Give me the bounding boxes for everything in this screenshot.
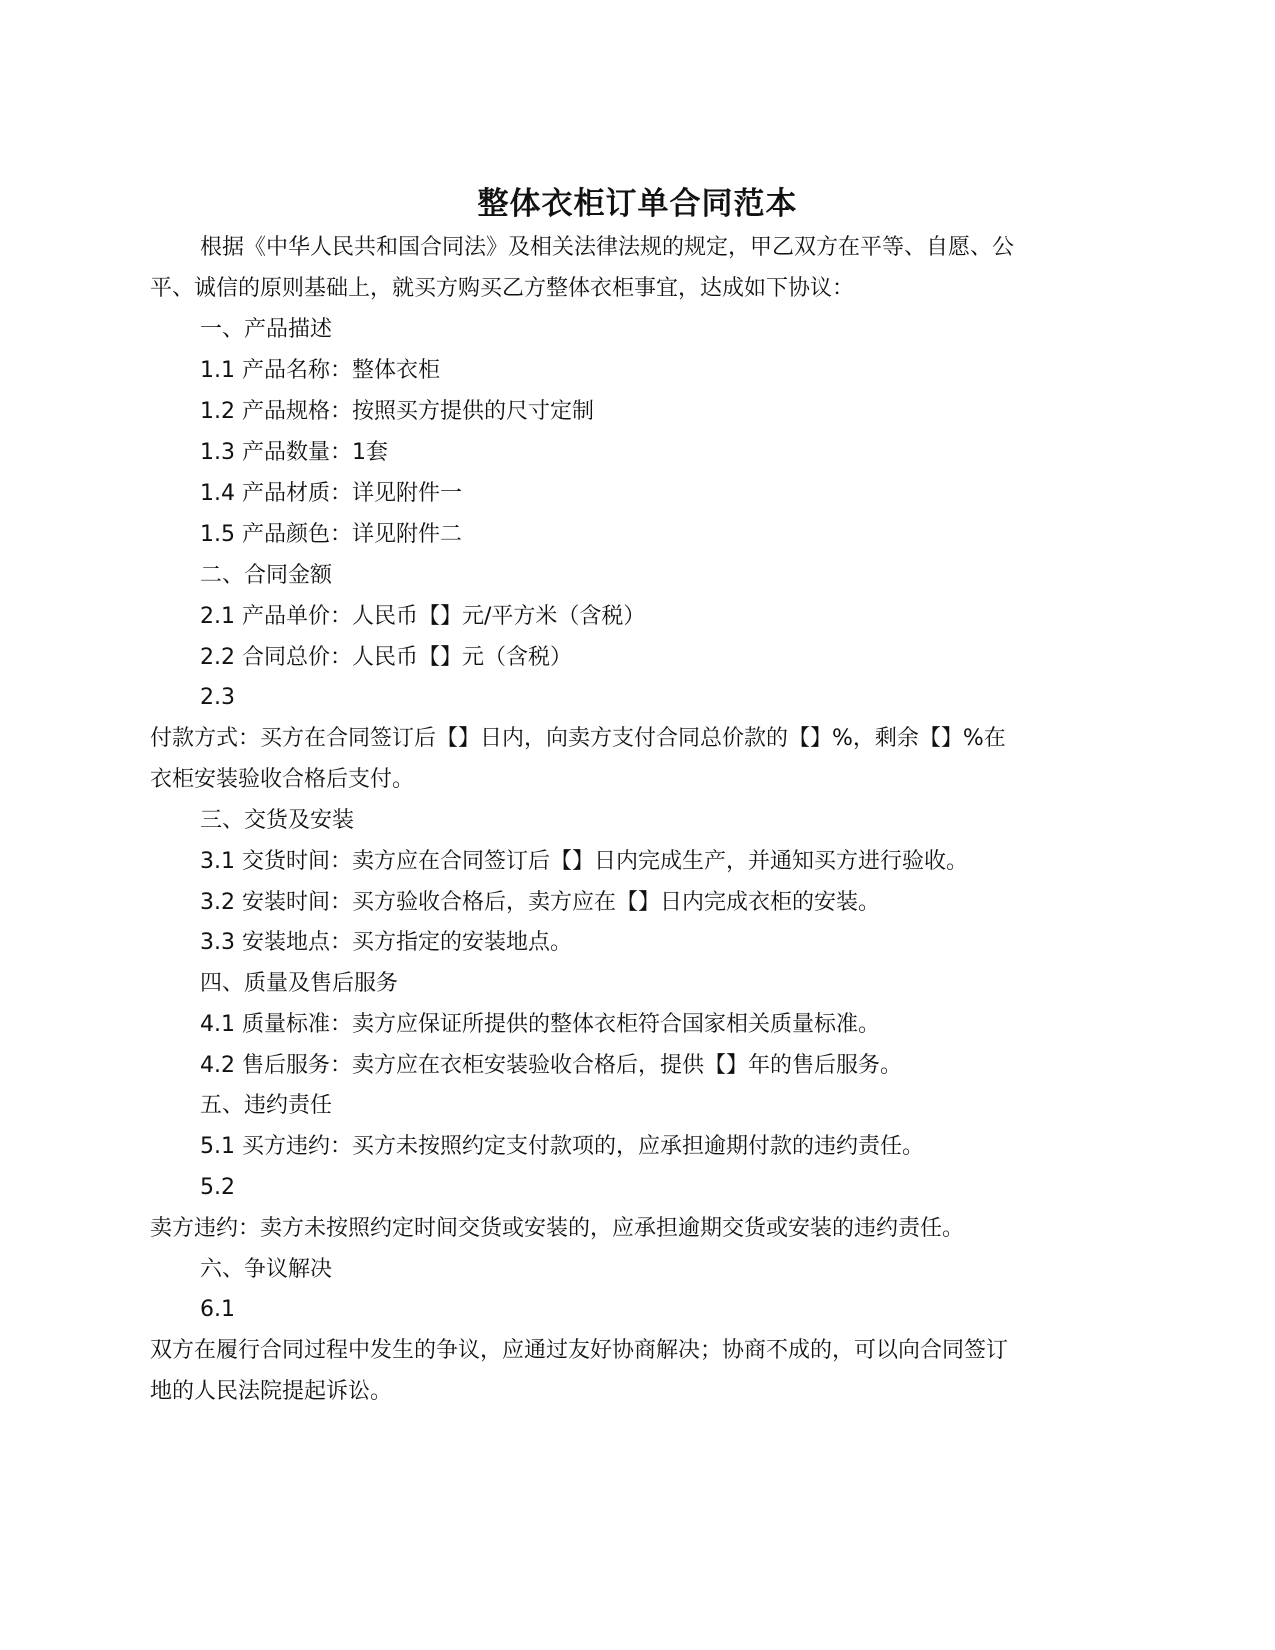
- paragraph-line: 1.4 产品材质：详见附件一: [200, 479, 462, 509]
- paragraph-line: 双方在履行合同过程中发生的争议，应通过友好协商解决；协商不成的，可以向合同签订: [150, 1336, 1008, 1366]
- paragraph-line: 五、违约责任: [200, 1091, 332, 1121]
- paragraph-line: 2.2 合同总价：人民币【】元（含税）: [200, 643, 572, 673]
- paragraph-line: 四、质量及售后服务: [200, 969, 398, 999]
- paragraph-line: 4.1 质量标准：卖方应保证所提供的整体衣柜符合国家相关质量标准。: [200, 1010, 880, 1040]
- paragraph-line: 三、交货及安装: [200, 806, 354, 836]
- paragraph-line: 地的人民法院提起诉讼。: [150, 1377, 392, 1407]
- paragraph-line: 二、合同金额: [200, 561, 332, 591]
- paragraph-line: 1.1 产品名称：整体衣柜: [200, 356, 440, 386]
- paragraph-line: 2.3: [200, 683, 235, 713]
- paragraph-line: 衣柜安装验收合格后支付。: [150, 765, 414, 795]
- document-title: 整体衣柜订单合同范本: [0, 178, 1275, 223]
- paragraph-line: 根据《中华人民共和国合同法》及相关法律法规的规定，甲乙双方在平等、自愿、公: [200, 233, 1014, 263]
- paragraph-line: 3.2 安装时间：买方验收合格后，卖方应在【】日内完成衣柜的安装。: [200, 888, 880, 918]
- paragraph-line: 2.1 产品单价：人民币【】元/平方米（含税）: [200, 602, 645, 632]
- paragraph-line: 5.2: [200, 1173, 235, 1203]
- paragraph-line: 3.3 安装地点：买方指定的安装地点。: [200, 928, 572, 958]
- paragraph-line: 1.3 产品数量：1套: [200, 438, 388, 468]
- paragraph-line: 1.5 产品颜色：详见附件二: [200, 520, 462, 550]
- paragraph-line: 3.1 交货时间：卖方应在合同签订后【】日内完成生产，并通知买方进行验收。: [200, 847, 968, 877]
- paragraph-line: 付款方式：买方在合同签订后【】日内，向卖方支付合同总价款的【】%，剩余【】%在: [150, 724, 1006, 754]
- paragraph-line: 4.2 售后服务：卖方应在衣柜安装验收合格后，提供【】年的售后服务。: [200, 1051, 902, 1081]
- paragraph-line: 卖方违约：卖方未按照约定时间交货或安装的，应承担逾期交货或安装的违约责任。: [150, 1214, 964, 1244]
- paragraph-line: 6.1: [200, 1295, 235, 1325]
- paragraph-line: 1.2 产品规格：按照买方提供的尺寸定制: [200, 397, 594, 427]
- paragraph-line: 一、产品描述: [200, 315, 332, 345]
- document-page: 整体衣柜订单合同范本 根据《中华人民共和国合同法》及相关法律法规的规定，甲乙双方…: [0, 0, 1275, 1650]
- paragraph-line: 六、争议解决: [200, 1255, 332, 1285]
- paragraph-line: 5.1 买方违约：买方未按照约定支付款项的，应承担逾期付款的违约责任。: [200, 1132, 924, 1162]
- paragraph-line: 平、诚信的原则基础上，就买方购买乙方整体衣柜事宜，达成如下协议：: [150, 274, 854, 304]
